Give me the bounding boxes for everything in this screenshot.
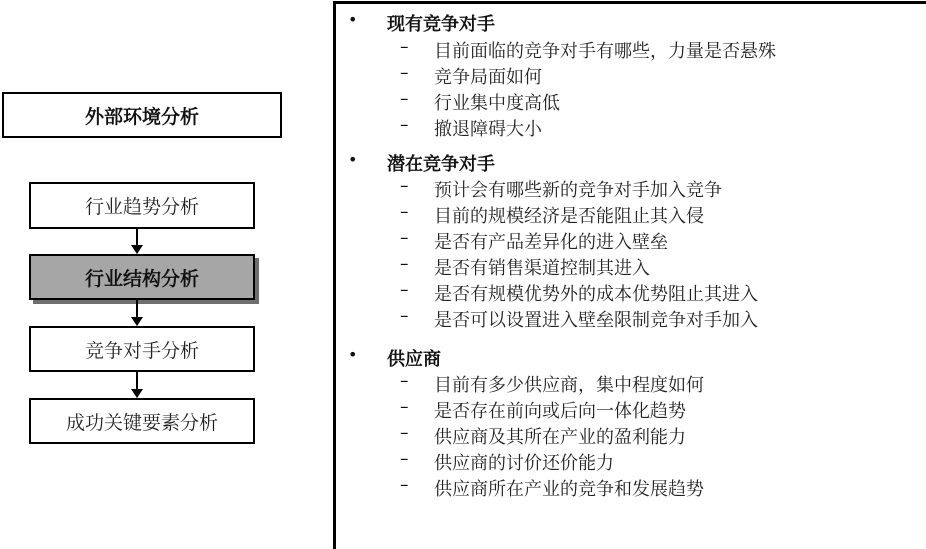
bullet-icon: • (348, 150, 357, 169)
dash-icon: – (400, 202, 409, 222)
flow-step-label: 行业结构分析 (85, 264, 199, 291)
flow-arrow-icon (136, 229, 138, 253)
flow-step-industry-structure: 行业结构分析 (29, 254, 255, 300)
list-item-text: 是否存在前向或后向一体化趋势 (434, 397, 686, 423)
list-item-text: 目前面临的竞争对手有哪些，力量是否悬殊 (434, 37, 776, 63)
list-item-text: 是否可以设置进入壁垒限制竞争对手加入 (434, 306, 758, 332)
dash-icon: – (400, 254, 409, 274)
section-title: 供应商 (387, 345, 441, 371)
list-item-text: 是否有销售渠道控制其进入 (434, 254, 650, 280)
flow-step-label: 行业趋势分析 (85, 192, 199, 219)
list-item-text: 目前有多少供应商，集中程度如何 (434, 371, 704, 397)
flow-step-competitor-analysis: 竞争对手分析 (29, 326, 255, 372)
dash-icon: – (400, 475, 409, 495)
section-title: 潜在竞争对手 (387, 150, 495, 176)
list-item-text: 是否有规模优势外的成本优势阻止其进入 (434, 280, 758, 306)
bullet-icon: • (348, 345, 357, 364)
dash-icon: – (400, 37, 409, 57)
list-item-text: 撤退障碍大小 (434, 115, 542, 141)
dash-icon: – (400, 306, 409, 326)
dash-icon: – (400, 115, 409, 135)
list-item-text: 供应商的讨价还价能力 (434, 449, 614, 475)
list-item-text: 是否有产品差异化的进入壁垒 (434, 228, 668, 254)
dash-icon: – (400, 280, 409, 300)
dash-icon: – (400, 89, 409, 109)
dash-icon: – (400, 371, 409, 391)
dash-icon: – (400, 228, 409, 248)
dash-icon: – (400, 397, 409, 417)
analysis-detail-panel: • 现有竞争对手 – 目前面临的竞争对手有哪些，力量是否悬殊 – 竞争局面如何 … (333, 1, 926, 549)
list-item-text: 预计会有哪些新的竞争对手加入竞争 (434, 176, 722, 202)
flow-arrow-icon (136, 300, 138, 325)
list-item-text: 供应商所在产业的竞争和发展趋势 (434, 475, 704, 501)
list-item-text: 目前的规模经济是否能阻止其入侵 (434, 202, 704, 228)
flow-step-label: 竞争对手分析 (85, 336, 199, 363)
section-title: 现有竞争对手 (387, 10, 495, 36)
dash-icon: – (400, 176, 409, 196)
dash-icon: – (400, 423, 409, 443)
dash-icon: – (400, 449, 409, 469)
list-item-text: 供应商及其所在产业的盈利能力 (434, 423, 686, 449)
flow-step-industry-trend: 行业趋势分析 (29, 182, 255, 229)
list-item-text: 行业集中度高低 (434, 89, 560, 115)
external-environment-analysis-header: 外部环境分析 (2, 92, 282, 138)
bullet-icon: • (348, 10, 357, 29)
dash-icon: – (400, 63, 409, 83)
header-label: 外部环境分析 (85, 102, 199, 129)
list-item-text: 竞争局面如何 (434, 63, 542, 89)
flow-arrow-icon (136, 372, 138, 397)
flow-step-label: 成功关键要素分析 (66, 408, 218, 435)
flow-step-key-success-factors: 成功关键要素分析 (29, 398, 255, 444)
